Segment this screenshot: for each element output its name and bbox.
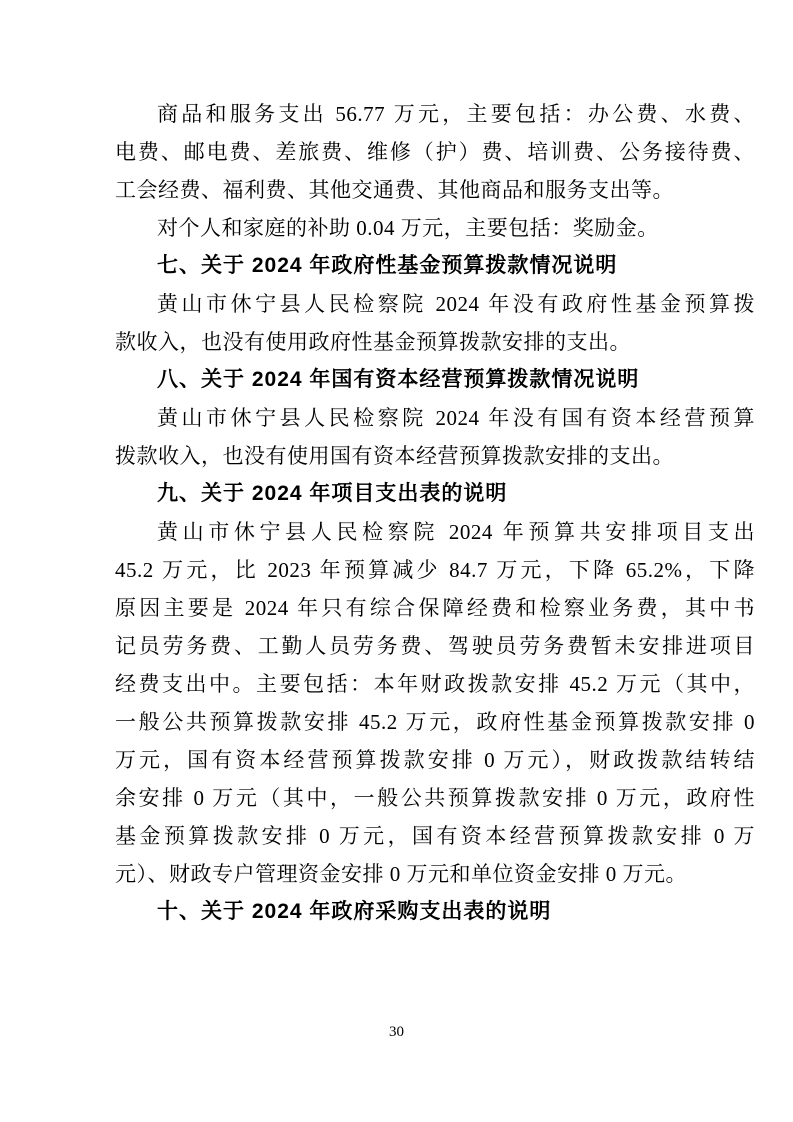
document-page: 商品和服务支出 56.77 万元，主要包括：办公费、水费、 电费、邮电费、差旅费… (0, 0, 793, 1122)
heading-section-9: 九、关于 2024 年项目支出表的说明 (115, 475, 755, 513)
body-text-line: 商品和服务支出 56.77 万元，主要包括：办公费、水费、 (115, 95, 755, 133)
body-text-line: 经费支出中。主要包括：本年财政拨款安排 45.2 万元（其中， (115, 665, 755, 703)
body-text-line: 余安排 0 万元（其中，一般公共预算拨款安排 0 万元，政府性 (115, 779, 755, 817)
body-text-line: 元）、财政专户管理资金安排 0 万元和单位资金安排 0 万元。 (115, 855, 755, 893)
body-text-line: 黄山市休宁县人民检察院 2024 年没有国有资本经营预算 (115, 399, 755, 437)
body-text-line: 拨款收入，也没有使用国有资本经营预算拨款安排的支出。 (115, 437, 755, 475)
body-text-line: 款收入，也没有使用政府性基金预算拨款安排的支出。 (115, 323, 755, 361)
body-text-line: 黄山市休宁县人民检察院 2024 年没有政府性基金预算拨 (115, 285, 755, 323)
body-text-line: 基金预算拨款安排 0 万元，国有资本经营预算拨款安排 0 万 (115, 817, 755, 855)
body-text-line: 对个人和家庭的补助 0.04 万元，主要包括：奖励金。 (115, 209, 755, 247)
body-text-line: 万元，国有资本经营预算拨款安排 0 万元），财政拨款结转结 (115, 741, 755, 779)
heading-section-7: 七、关于 2024 年政府性基金预算拨款情况说明 (115, 247, 755, 285)
body-text-line: 黄山市休宁县人民检察院 2024 年预算共安排项目支出 (115, 513, 755, 551)
body-text-line: 记员劳务费、工勤人员劳务费、驾驶员劳务费暂未安排进项目 (115, 627, 755, 665)
body-text-line: 原因主要是 2024 年只有综合保障经费和检察业务费，其中书 (115, 589, 755, 627)
page-content: 商品和服务支出 56.77 万元，主要包括：办公费、水费、 电费、邮电费、差旅费… (115, 95, 755, 931)
heading-section-8: 八、关于 2024 年国有资本经营预算拨款情况说明 (115, 361, 755, 399)
heading-section-10: 十、关于 2024 年政府采购支出表的说明 (115, 893, 755, 931)
page-number: 30 (0, 1022, 793, 1042)
body-text-line: 一般公共预算拨款安排 45.2 万元，政府性基金预算拨款安排 0 (115, 703, 755, 741)
body-text-line: 电费、邮电费、差旅费、维修（护）费、培训费、公务接待费、 (115, 133, 755, 171)
body-text-line: 45.2 万元，比 2023 年预算减少 84.7 万元，下降 65.2%，下降 (115, 551, 755, 589)
body-text-line: 工会经费、福利费、其他交通费、其他商品和服务支出等。 (115, 171, 755, 209)
